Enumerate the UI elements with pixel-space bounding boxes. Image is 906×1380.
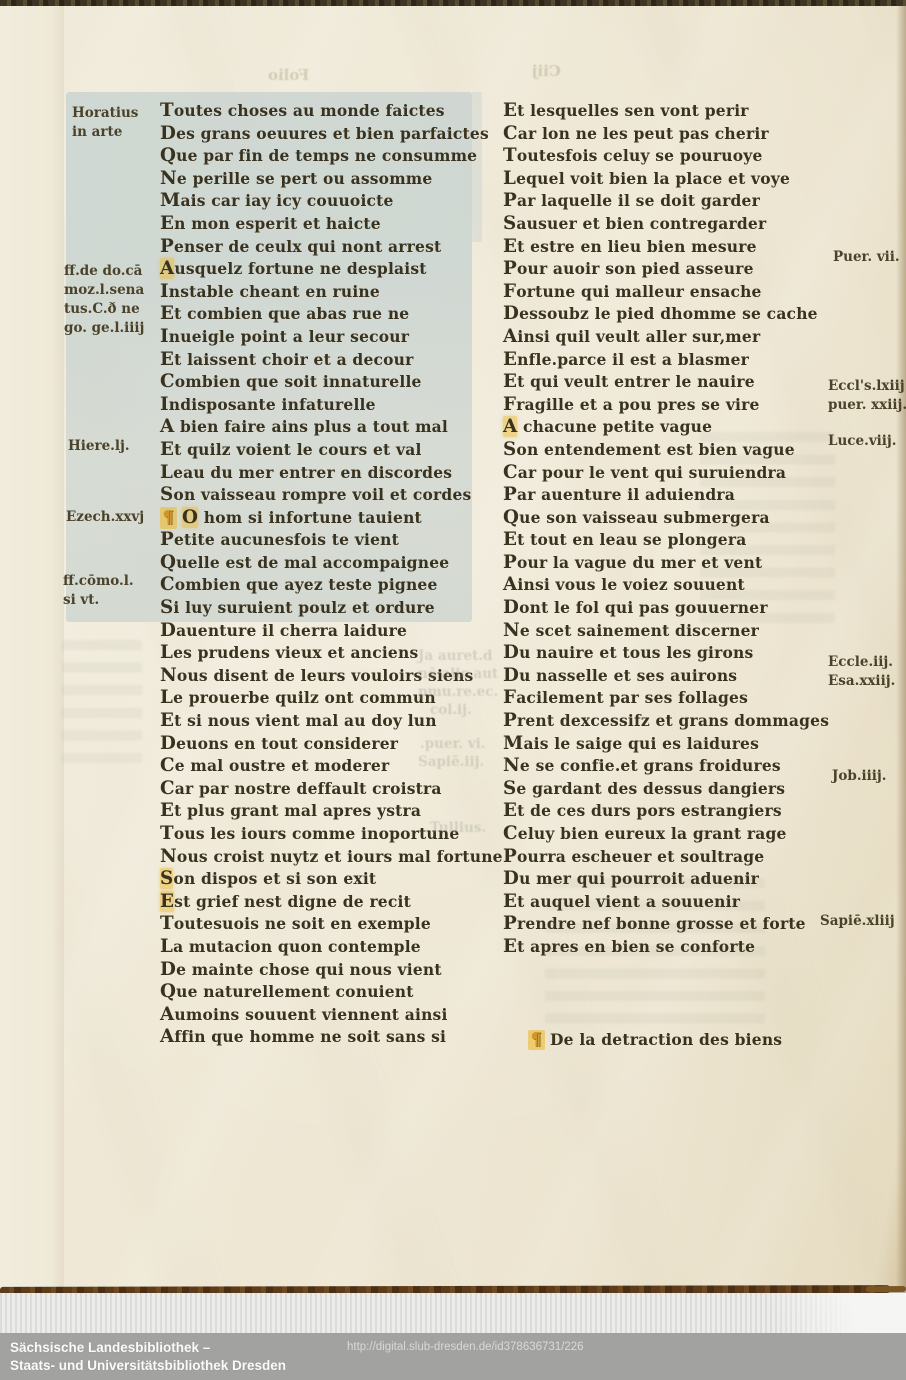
book-scan: Toutes choses au monde faictesDes grans … [0,0,906,1380]
versal-initial: D [503,597,519,618]
poem-line: Pour la vague du mer et vent [503,552,829,575]
margin-citation-line: Sapiē.xliij [820,912,895,931]
poem-line: Son entendement est bien vague [503,439,829,462]
margin-citation: Job.iiij. [832,767,887,786]
poem-line: Combien que ayez teste pignee [160,574,503,597]
poem-line: Et lesquelles sen vont perir [503,100,829,123]
margin-citation-line: moz.l.sena [64,281,144,300]
poem-line: A chacune petite vague [503,416,829,439]
versal-initial: O [182,507,198,528]
poem-line: Dont le fol qui pas gouuerner [503,597,829,620]
margin-citation-line: ff.de do.cā [64,262,144,281]
poem-line: Ainsi vous le voiez souuent [503,574,829,597]
poem-line: Que naturellement conuient [160,981,503,1004]
margin-citation-line: tus.C.ð ne [64,300,144,319]
versal-initial: E [160,800,174,821]
poem-line: Prent dexcessifz et grans dommages [503,710,829,733]
versal-initial: D [160,620,176,641]
versal-initial: S [160,597,173,618]
poem-line: Toutesfois celuy se pouruoye [503,145,829,168]
versal-initial: D [503,665,519,686]
versal-initial: I [160,326,169,347]
poem-line: Celuy bien eureux la grant rage [503,823,829,846]
versal-initial: P [503,710,517,731]
versal-initial: P [503,552,517,573]
margin-citation-line: Esa.xxiij. [828,672,895,691]
versal-initial: E [160,303,174,324]
versal-initial: S [503,778,516,799]
pilcrow-mark: ¶ [160,507,177,530]
versal-initial: L [503,168,516,189]
versal-initial: D [503,868,519,889]
poem-line: Et estre en lieu bien mesure [503,236,829,259]
versal-initial: C [160,371,175,392]
poem-line: A bien faire ains plus a tout mal [160,416,503,439]
bleedthrough-text: Ja auret.d [418,648,492,664]
page-bottom-edge-tail [866,1286,906,1292]
versal-initial: A [160,416,174,437]
poem-line: Son vaisseau rompre voil et cordes [160,484,503,507]
versal-initial: P [503,484,517,505]
versal-initial: E [503,371,517,392]
versal-initial: I [160,394,169,415]
versal-initial: L [160,462,173,483]
poem-line: Facilement par ses follages [503,687,829,710]
poem-line: Quelle est de mal accompaignee [160,552,503,575]
versal-initial: E [160,439,174,460]
versal-initial: S [160,868,173,889]
versal-initial: E [503,891,517,912]
poem-line: Ainsi quil veult aller sur,mer [503,326,829,349]
versal-initial: P [160,529,174,550]
poem-line: Toutes choses au monde faictes [160,100,503,123]
poem-line: Et de ces durs pors estrangiers [503,800,829,823]
library-name: Sächsische Landesbibliothek – Staats- un… [10,1339,286,1375]
poem-line: Se gardant des dessus dangiers [503,778,829,801]
margin-citation: Ezech.xxvj [66,508,144,527]
versal-initial: F [503,687,516,708]
poem-line: Pour auoir son pied asseure [503,258,829,281]
versal-initial: C [503,123,518,144]
versal-initial: F [503,281,516,302]
poem-line: Fortune qui malleur ensache [503,281,829,304]
poem-line: Pourra escheuer et soultrage [503,846,829,869]
library-name-line2: Staats- und Universitätsbibliothek Dresd… [10,1357,286,1375]
margin-citation-line: puer. xxiij. [828,396,906,415]
versal-initial: M [503,733,523,754]
poem-line: Instable cheant en ruine [160,281,503,304]
margin-citation: Horatiusin arte [72,104,138,142]
left-page-edge [0,5,64,1289]
versal-initial: P [503,190,517,211]
versal-initial: C [160,574,175,595]
versal-initial: S [160,484,173,505]
chapter-caption: ¶De la detraction des biens [528,1030,782,1050]
versal-initial: A [503,416,517,437]
poem-line: Enfle.parce il est a blasmer [503,349,829,372]
versal-initial: T [503,145,517,166]
poem-line: Par laquelle il se doit garder [503,190,829,213]
poem-line: Car lon ne les peut pas cherir [503,123,829,146]
versal-initial: C [503,823,518,844]
poem-line: Leau du mer entrer en discordes [160,462,503,485]
margin-citation: ff.de do.cāmoz.l.senatus.C.ð nego. ge.l.… [64,262,144,338]
versal-initial: S [503,213,516,234]
bleedthrough-text: Ciij [532,62,561,80]
versal-initial: Q [160,145,176,166]
bleedthrough-text: nō alic.aut [418,666,498,682]
poem-line: Son dispos et si son exit [160,868,503,891]
versal-initial: E [160,213,174,234]
top-binding-edge [0,0,906,6]
poem-line: Des grans oeuures et bien parfaictes [160,123,503,146]
poem-line: Toutesuois ne soit en exemple [160,913,503,936]
versal-initial: T [160,100,174,121]
versal-initial: L [160,936,173,957]
poem-line: Prendre nef bonne grosse et forte [503,913,829,936]
versal-initial: D [503,642,519,663]
chapter-caption-text: De la detraction des biens [550,1030,782,1049]
document-url: http://digital.slub-dresden.de/id3786367… [347,1341,584,1353]
margin-citation-line: Eccle.iij. [828,653,895,672]
versal-initial: E [503,100,517,121]
margin-citation-line: Puer. vii. [833,248,900,267]
poem-line: Que son vaisseau submergera [503,507,829,530]
margin-citation-line: go. ge.l.iiij [64,319,144,338]
bleedthrough-text: Tullius. [430,820,486,836]
versal-initial: P [503,846,517,867]
poem-line: Et laissent choir et a decour [160,349,503,372]
versal-initial: L [160,642,173,663]
poem-line: Et combien que abas rue ne [160,303,503,326]
poem-line: Et tout en leau se plongera [503,529,829,552]
versal-initial: D [503,303,519,324]
poem-line: Mais car iay icy couuoicte [160,190,503,213]
versal-initial: E [503,236,517,257]
versal-initial: I [160,281,169,302]
poem-line: Nous croist nuytz et iours mal fortune [160,846,503,869]
versal-initial: C [160,755,175,776]
versal-initial: A [160,1004,174,1025]
cloth-fold [726,1293,906,1333]
margin-citation-line: in arte [72,123,138,142]
poem-line: Et apres en bien se conforte [503,936,829,959]
versal-initial: Q [503,507,519,528]
margin-citation-line: Eccl's.lxiij [828,377,906,396]
versal-initial: C [160,778,175,799]
versal-initial: E [160,710,174,731]
poem-line: Par auenture il aduiendra [503,484,829,507]
library-watermark-bar: Sächsische Landesbibliothek – Staats- un… [0,1333,906,1380]
poem-column-right: Et lesquelles sen vont perirCar lon ne l… [503,100,829,959]
versal-initial: E [503,936,517,957]
bleedthrough-smudge [62,640,142,770]
poem-line: Lequel voit bien la place et voye [503,168,829,191]
versal-initial: N [503,755,520,776]
bleedthrough-text: col.ij. [430,702,472,718]
poem-line: Dauenture il cherra laidure [160,620,503,643]
poem-line: Que par fin de temps ne consumme [160,145,503,168]
margin-citation-line: ff.cōmo.l. [63,572,134,591]
versal-initial: A [503,326,517,347]
versal-initial: E [160,349,174,370]
margin-citation-line: Horatius [72,104,138,123]
versal-initial: T [160,913,174,934]
margin-citation: ff.cōmo.l.si vt. [63,572,134,610]
poem-line: Et qui veult entrer le nauire [503,371,829,394]
poem-line: La mutacion quon contemple [160,936,503,959]
versal-initial: Q [160,552,176,573]
poem-line: Et auquel vient a souuenir [503,891,829,914]
versal-initial: P [503,913,517,934]
versal-initial: E [503,529,517,550]
versal-initial: F [503,394,516,415]
margin-citation-line: si vt. [63,591,134,610]
versal-initial: N [160,846,177,867]
poem-line: ¶O hom si infortune tauient [160,507,503,530]
versal-initial: L [160,687,173,708]
poem-line: Affin que homme ne soit sans si [160,1026,503,1049]
margin-citation: Eccle.iij.Esa.xxiij. [828,653,895,691]
versal-initial: E [503,800,517,821]
versal-initial: S [503,439,516,460]
bleedthrough-text: Folio [268,66,309,84]
versal-initial: M [160,190,180,211]
poem-line: Indisposante infaturelle [160,394,503,417]
poem-line: Ne se confie.et grans froidures [503,755,829,778]
versal-initial: N [160,665,177,686]
poem-line: Aumoins souuent viennent ainsi [160,1004,503,1027]
versal-initial: N [503,620,520,641]
margin-citation: Sapiē.xliij [820,912,895,931]
backing-cloth [0,1293,906,1333]
margin-citation: Luce.viij. [828,432,897,451]
versal-initial: E [503,349,517,370]
poem-line: De mainte chose qui nous vient [160,959,503,982]
poem-line: Est grief nest digne de recit [160,891,503,914]
poem-line: Penser de ceulx qui nont arrest [160,236,503,259]
poem-line: Petite aucunesfois te vient [160,529,503,552]
margin-citation-line: Hiere.lj. [68,437,130,456]
poem-line: Et quilz voient le cours et val [160,439,503,462]
margin-citation: Eccl's.lxiijpuer. xxiij. [828,377,906,415]
versal-initial: C [503,462,518,483]
margin-citation: Puer. vii. [833,248,900,267]
poem-line: En mon esperit et haicte [160,213,503,236]
versal-initial: P [160,236,174,257]
poem-line: Ausquelz fortune ne desplaist [160,258,503,281]
versal-initial: P [503,258,517,279]
library-name-line1: Sächsische Landesbibliothek – [10,1339,286,1357]
poem-column-left: Toutes choses au monde faictesDes grans … [160,100,503,1049]
poem-line: Inueigle point a leur secour [160,326,503,349]
bleedthrough-text: Sapiē.iij. [418,754,484,770]
poem-line: Du nauire et tous les girons [503,642,829,665]
versal-initial: D [160,733,176,754]
versal-initial: D [160,123,176,144]
poem-line: Fragille et a pou pres se vire [503,394,829,417]
poem-line: Du mer qui pourroit aduenir [503,868,829,891]
poem-line: Dessoubz le pied dhomme se cache [503,303,829,326]
poem-line: Ne perille se pert ou assomme [160,168,503,191]
versal-initial: D [160,959,176,980]
versal-initial: A [160,258,174,279]
bleedthrough-text: pmu.re.ec. [418,684,498,700]
versal-initial: A [503,574,517,595]
poem-line: Car pour le vent qui suruiendra [503,462,829,485]
margin-citation-line: Ezech.xxvj [66,508,144,527]
poem-line: Mais le saige qui es laidures [503,733,829,756]
versal-initial: T [160,823,174,844]
poem-line: Combien que soit innaturelle [160,371,503,394]
versal-initial: N [160,168,177,189]
poem-line: Du nasselle et ses auirons [503,665,829,688]
poem-line: Sausuer et bien contregarder [503,213,829,236]
bleedthrough-text: .puer. vi. [420,736,486,752]
versal-initial: Q [160,981,176,1002]
poem-line: Si luy suruient poulz et ordure [160,597,503,620]
versal-initial: E [160,891,174,912]
margin-citation-line: Job.iiij. [832,767,887,786]
pilcrow-mark: ¶ [528,1030,545,1050]
poem-line: Ne scet sainement discerner [503,620,829,643]
margin-citation: Hiere.lj. [68,437,130,456]
versal-initial: A [160,1026,174,1047]
fore-edge [896,5,906,1289]
poem-line: Car par nostre deffault croistra [160,778,503,801]
margin-citation-line: Luce.viij. [828,432,897,451]
